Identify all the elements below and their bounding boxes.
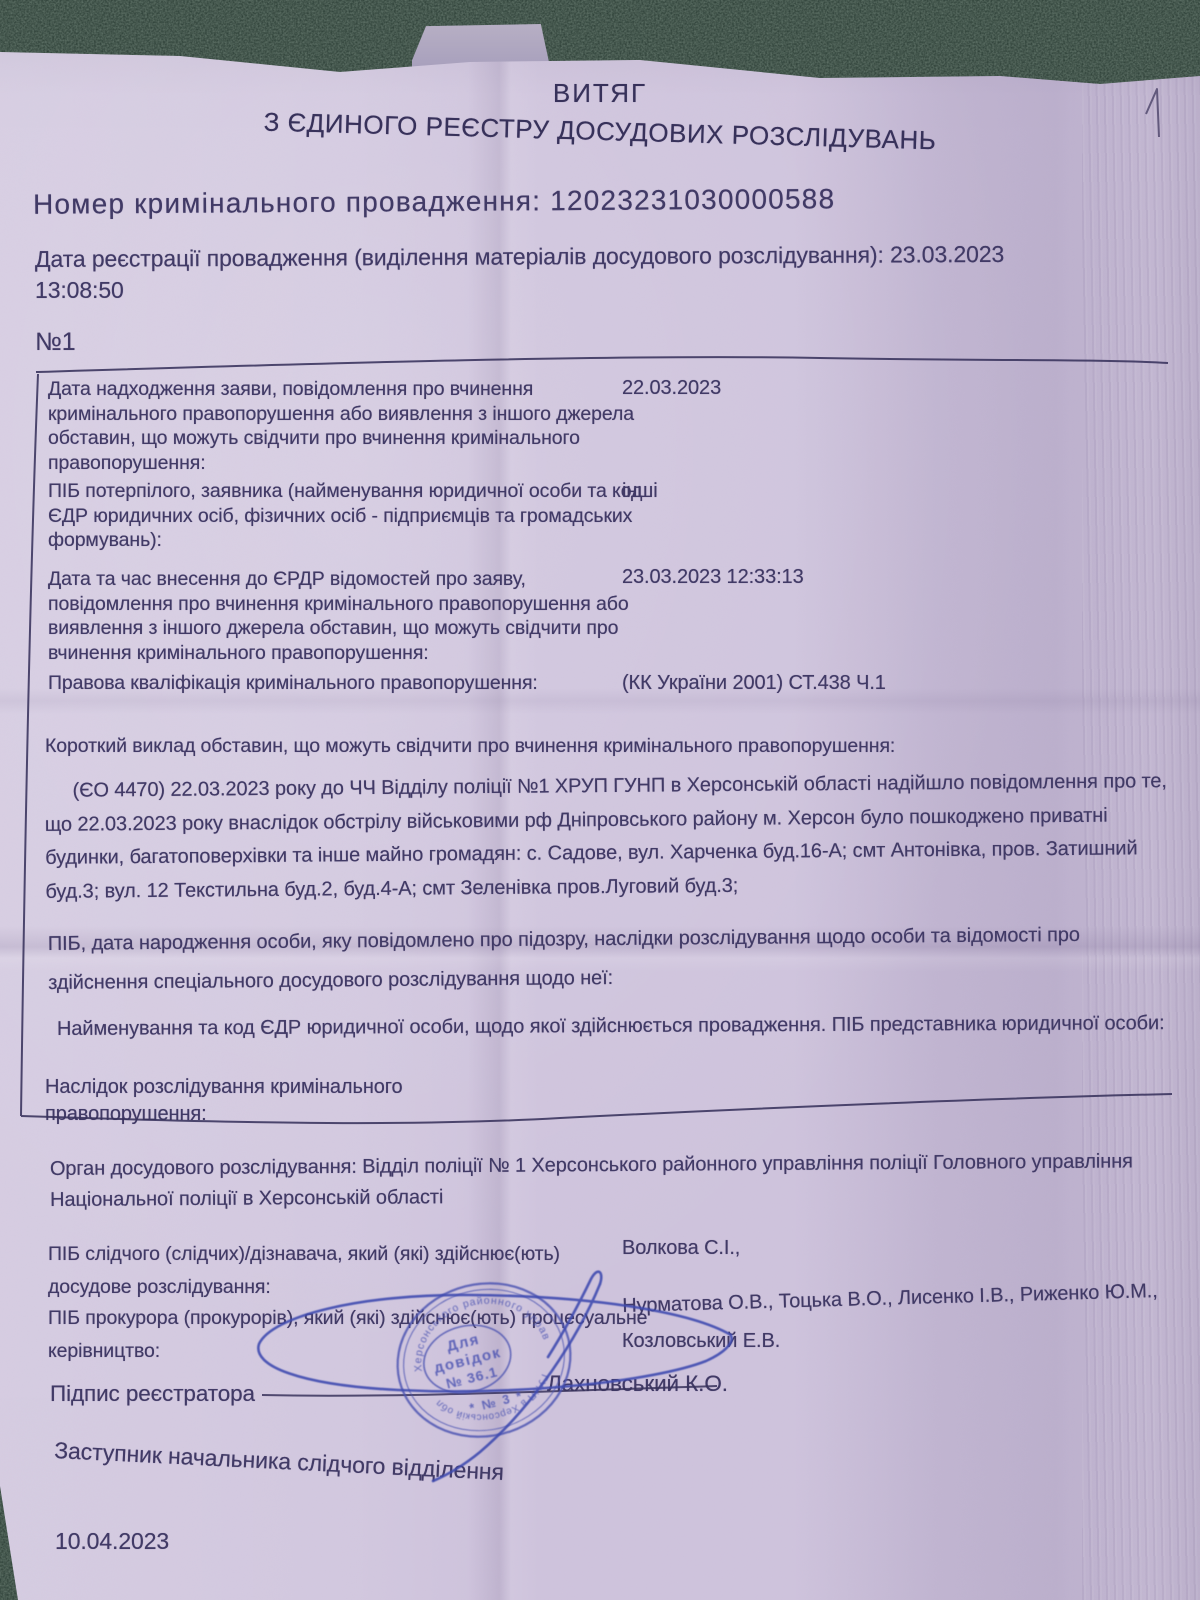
registrar-name: Лахновський К.О.: [547, 1371, 728, 1397]
case-number-line: Номер кримінального провадження: 1202323…: [33, 183, 836, 221]
row-label-receipt-date: Дата надходження заяви, повідомлення про…: [48, 377, 648, 475]
record-number: №1: [35, 328, 76, 357]
investigator-label: ПІБ слідчого (слідчих)/дізнавача, який (…: [48, 1238, 648, 1304]
document-photo: ВИТЯГ З ЄДИНОГО РЕЄСТРУ ДОСУДОВИХ РОЗСЛІ…: [0, 0, 1200, 1600]
investigation-authority-line: Орган досудового розслідування: Відділ п…: [50, 1146, 1190, 1216]
registration-time: 13:08:50: [35, 277, 124, 304]
row-label-legal-qualification: Правова кваліфікація кримінального право…: [48, 671, 648, 696]
summary-text: (ЄО 4470) 22.03.2023 року до ЧЧ Відділу …: [44, 765, 1171, 909]
row-value-receipt-date: 22.03.2023: [622, 377, 721, 400]
outcome-label: Наслідок розслідування кримінального пра…: [45, 1074, 505, 1127]
prosecutor-names-line2: Козловський Е.В.: [622, 1330, 780, 1353]
row-label-erdr-entry: Дата та час внесення до ЄРДР відомостей …: [48, 567, 648, 665]
row-value-erdr-entry: 23.03.2023 12:33:13: [622, 566, 804, 589]
suspect-label: ПІБ, дата народження особи, яку повідомл…: [48, 915, 1181, 1003]
paper: ВИТЯГ З ЄДИНОГО РЕЄСТРУ ДОСУДОВИХ РОЗСЛІ…: [0, 0, 1200, 1600]
summary-label: Короткий виклад обставин, що можуть свід…: [45, 735, 1175, 758]
row-label-victim: ПІБ потерпілого, заявника (найменування …: [48, 479, 648, 553]
investigator-name: Волкова С.І.,: [622, 1237, 740, 1260]
document-date: 10.04.2023: [55, 1528, 169, 1555]
row-value-victim: інші: [622, 480, 658, 503]
prosecutor-label: ПІБ прокурора (прокурорів), який (які) з…: [48, 1302, 648, 1368]
registrar-signature-label: Підпис реєстратора: [50, 1381, 255, 1407]
row-value-legal-qualification: (КК України 2001) СТ.438 Ч.1: [622, 672, 886, 695]
